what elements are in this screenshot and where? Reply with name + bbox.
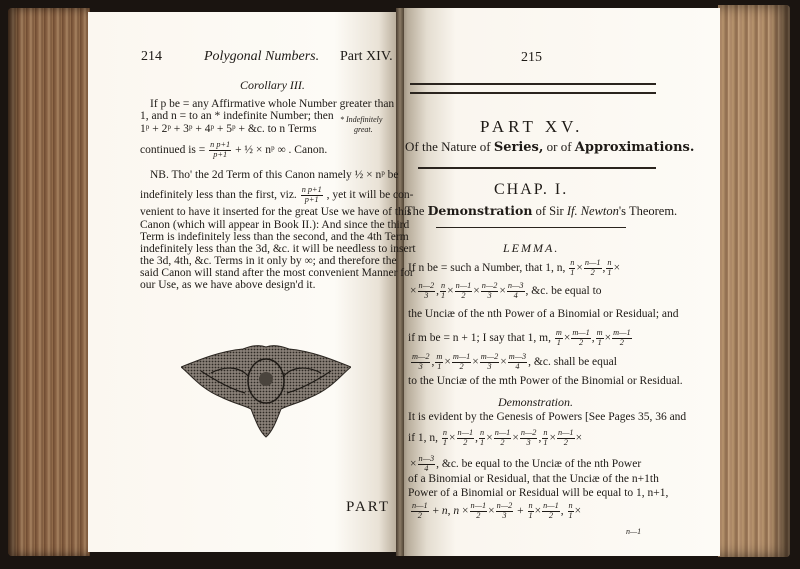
margin-note-line: great. [340,125,382,135]
subtitle-text: of Sir [532,204,566,218]
fraction: n—23 [481,282,499,300]
floral-tailpiece-ornament-icon [181,345,351,440]
fraction: m1 [555,329,563,347]
fraction: n—12 [542,502,560,520]
demo-line: of a Binomial or Residual, that the Unci… [408,474,659,486]
canon-fraction: n p+1p+1 [209,141,231,159]
margin-note: * Indefinitely great. [340,115,382,136]
double-rule-top [410,83,656,85]
chapter-subtitle: The Demonstration of Sir If. Newton's Th… [405,205,677,218]
den: 3 [520,439,538,448]
lemma-line: the Unciæ of the nth Power of a Binomial… [408,309,679,321]
demonstration-heading: Demonstration. [498,396,573,408]
den: 2 [542,512,560,521]
fraction: n1 [440,282,446,300]
den: 4 [507,292,525,301]
fraction: n—12 [494,429,512,447]
den: 1 [606,269,612,278]
double-rule-bottom [410,92,656,94]
den: 3 [481,292,499,301]
subtitle-blackletter: Demonstration [428,203,533,218]
den: 1 [442,439,448,448]
fraction: n—34 [507,282,525,300]
text-line: the 3d, 4th, &c. Terms in it only by ∞; … [140,256,397,268]
den: 2 [584,269,602,278]
fraction: m—12 [452,353,471,371]
den: 3 [411,363,430,372]
den: 2 [612,339,631,348]
text-fragment: if 1, n, [408,432,438,444]
subtitle-text: Of the Nature of [405,139,494,154]
den: 2 [455,292,473,301]
chapter-rule [436,227,626,228]
den: 2 [457,439,475,448]
fraction: n—12 [411,502,429,520]
subtitle-text: The [405,204,428,218]
fraction-denominator: p+1 [209,151,231,160]
fraction: n—23 [520,429,538,447]
fraction: m—34 [508,353,527,371]
fraction: n1 [568,502,574,520]
running-head: Polygonal Numbers. [204,50,319,64]
text-line: indefinitely less than the first, viz. n… [140,186,413,204]
lemma-line: m—23,m1×m—12×m—23×m—34, &c. shall be equ… [410,353,617,371]
section-rule [418,167,656,169]
fraction: m1 [435,353,443,371]
den: 1 [555,339,563,348]
text-line: said Canon will stand after the most con… [140,268,414,280]
fraction: n1 [569,259,575,277]
right-page-edges [718,5,790,557]
page-number-left: 214 [141,50,162,64]
den: 2 [470,512,488,521]
fraction: n—12 [455,282,473,300]
subtitle-name: If. Newton [567,204,619,218]
fraction-denominator: p+1 [301,196,323,205]
fraction: m—12 [571,329,590,347]
fraction: n1 [542,429,548,447]
text-line: our Use, as we have above design'd it. [140,280,315,292]
fraction: m1 [596,329,604,347]
text-line: Term is indefinitely less than the secon… [140,232,409,244]
fraction: m—23 [411,353,430,371]
fraction: n—23 [496,502,514,520]
demo-line: ×n—34, &c. be equal to the Unciæ of the … [410,455,641,473]
text-fragment: , &c. be equal to the Unciæ of the nth P… [436,458,641,470]
fraction: m—23 [480,353,499,371]
text-fragment: indefinitely less than the first, viz. [140,189,297,201]
text-fragment: , &c. shall be equal [528,356,617,368]
den: 4 [508,363,527,372]
text-line: 1ᵖ + 2ᵖ + 3ᵖ + 4ᵖ + 5ᵖ + &c. to n Terms [140,124,316,136]
den: 2 [494,439,512,448]
subtitle-text: 's Theorem. [619,204,677,218]
part-label: Part XIV. [340,50,393,64]
den: 1 [568,512,574,521]
book-gutter [396,8,404,556]
text-fragment: , &c. be equal to [526,285,602,297]
margin-note-line: * Indefinitely [340,115,382,125]
text-line: NB. Tho' the 2d Term of this Canon namel… [150,170,399,182]
text-line: 1, and n = to an * indefinite Number; th… [140,111,334,123]
catchword: PART [346,500,390,515]
subtitle-blackletter: Approximations. [575,140,695,155]
den: 1 [435,363,443,372]
text-line: continued is = n p+1p+1 + ½ × nᵖ ∞ . Can… [140,141,327,159]
demo-line: Power of a Binomial or Residual will be … [408,488,668,500]
viz-fraction: n p+1p+1 [301,186,323,204]
text-line: If p be = any Affirmative whole Number g… [150,99,394,111]
den: 1 [596,339,604,348]
fraction: n1 [528,502,534,520]
demo-line: It is evident by the Genesis of Powers [… [408,412,686,424]
lemma-heading: LEMMA. [503,242,559,254]
den: 2 [571,339,590,348]
demo-line: n—12 + n, n ×n—12×n—23 + n1×n—12, n1× [410,502,581,520]
den: 1 [569,269,575,278]
demo-line: if 1, n, n1×n—12,n1×n—12×n—23,n1×n—12× [408,429,582,447]
section-title: Corollary III. [240,79,305,91]
den: 1 [542,439,548,448]
fraction: n—34 [418,455,436,473]
den: 1 [440,292,446,301]
den: 2 [452,363,471,372]
page-number-right: 215 [521,51,542,65]
fraction: n—23 [418,282,436,300]
fraction: n—12 [457,429,475,447]
part-title: PART XV. [480,118,583,135]
den: 2 [411,512,429,521]
text-line: venient to have it inserted for the grea… [140,207,411,219]
den: 3 [480,363,499,372]
den: 3 [496,512,514,521]
part-subtitle: Of the Nature of Series, or of Approxima… [405,140,694,154]
canon-label: + ½ × nᵖ ∞ . Canon. [235,144,327,156]
den: 1 [528,512,534,521]
fraction: n1 [479,429,485,447]
subtitle-blackletter: Series, [494,140,544,155]
subtitle-text: or of [543,139,574,154]
den: 3 [418,292,436,301]
lemma-line: If n be = such a Number, that 1, n, n1×n… [408,259,620,277]
text-fragment: if m be = n + 1; I say that 1, m, [408,332,551,344]
chapter-title: CHAP. I. [494,182,568,198]
text-fragment: , yet it will be con- [327,189,414,201]
text-line: indefinitely less than the 3d, &c. it wi… [140,244,416,256]
continued-is: continued is = [140,144,205,156]
lemma-line: to the Unciæ of the mth Power of the Bin… [408,376,683,388]
lemma-line: if m be = n + 1; I say that 1, m, m1×m—1… [408,329,633,347]
den: 2 [557,439,575,448]
fraction: n1 [442,429,448,447]
fraction: n1 [606,259,612,277]
text-fragment: If n be = such a Number, that 1, n, [408,262,565,274]
trailing-term: n—1 [626,528,641,536]
fraction: m—12 [612,329,631,347]
fraction: n—12 [557,429,575,447]
left-page-edges [8,8,90,556]
lemma-line: ×n—23,n1×n—12×n—23×n—34, &c. be equal to [410,282,602,300]
den: 1 [479,439,485,448]
fraction: n—12 [584,259,602,277]
text-line: Canon (which will appear in Book II.): A… [140,220,409,232]
fraction: n—12 [470,502,488,520]
